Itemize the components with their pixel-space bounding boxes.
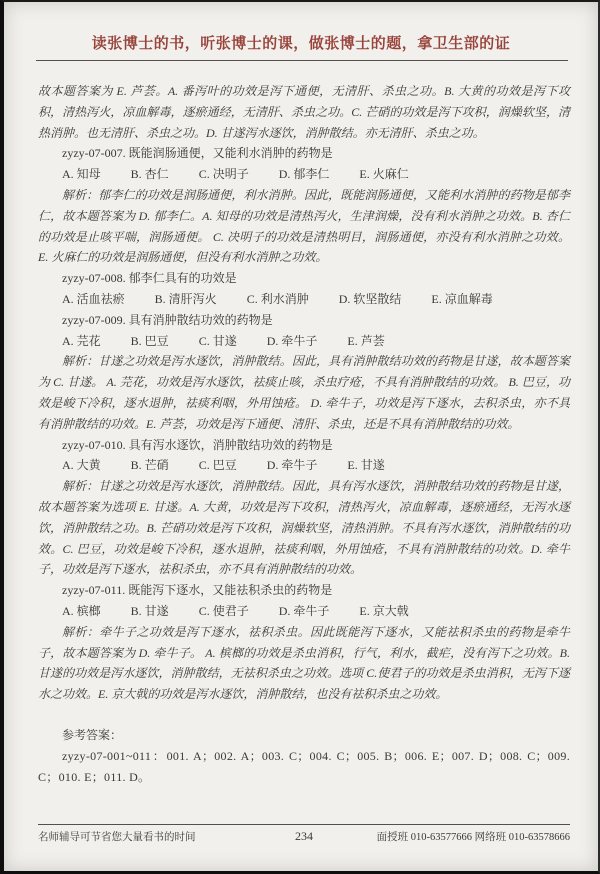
blank-space xyxy=(38,705,570,725)
answer-option: D. 牵牛子 xyxy=(267,331,318,352)
answer-option: C. 巴豆 xyxy=(199,455,237,476)
answer-option: A. 活血祛瘀 xyxy=(62,289,125,310)
answer-options-row: A. 知母B. 杏仁C. 决明子D. 郁李仁E. 火麻仁 xyxy=(38,164,570,185)
answer-option: A. 知母 xyxy=(62,164,101,185)
answer-options-row: A. 大黄B. 芒硝C. 巴豆D. 牵牛子E. 甘遂 xyxy=(38,455,570,476)
answer-option: B. 清肝泻火 xyxy=(155,289,217,310)
reference-answers-title: 参考答案： xyxy=(38,725,570,746)
answer-options-row: A. 芫花B. 巴豆C. 甘遂D. 牵牛子E. 芦荟 xyxy=(38,331,570,352)
page-footer: 名师辅导可节省您大量看书的时间 234 面授班 010-63577666 网络班… xyxy=(38,824,570,844)
answer-option: B. 甘遂 xyxy=(131,601,169,622)
answer-option: E. 火麻仁 xyxy=(359,164,408,185)
question-stem: zyzy-07-007. 既能润肠通便，又能利水消肿的药物是 xyxy=(38,143,570,164)
scanned-page: 读张博士的书，听张博士的课，做张博士的题，拿卫生部的证 故本题答案为 E. 芦荟… xyxy=(0,0,600,874)
answer-option: D. 郁李仁 xyxy=(279,164,330,185)
reference-answers-list: zyzy-07-001~011：001. A；002. A；003. C；004… xyxy=(38,746,570,788)
answer-option: A. 芫花 xyxy=(62,331,101,352)
answer-option: A. 槟榔 xyxy=(62,601,101,622)
question-stem: zyzy-07-008. 郁李仁具有的功效是 xyxy=(38,268,570,289)
page-header: 读张博士的书，听张博士的课，做张博士的题，拿卫生部的证 xyxy=(4,2,598,61)
answer-option: C. 利水消肿 xyxy=(247,289,309,310)
answer-option: E. 凉血解毒 xyxy=(431,289,492,310)
header-slogan: 读张博士的书，听张博士的课，做张博士的题，拿卫生部的证 xyxy=(4,32,598,53)
footer-row: 名师辅导可节省您大量看书的时间 234 面授班 010-63577666 网络班… xyxy=(38,825,570,844)
question-stem: zyzy-07-010. 具有泻水逐饮，消肿散结功效的药物是 xyxy=(38,435,570,456)
answer-option: C. 决明子 xyxy=(199,164,249,185)
footer-contact-phones: 面授班 010-63577666 网络班 010-63578666 xyxy=(321,829,570,844)
content-blocks: 故本题答案为 E. 芦荟。A. 番泻叶的功效是泻下通便，无清肝、杀虫之功。B. … xyxy=(38,81,570,787)
answer-option: D. 牵牛子 xyxy=(279,601,330,622)
analysis-paragraph: 解析：郁李仁的功效是润肠通便，利水消肿。因此，既能润肠通便，又能利水消肿的药物是… xyxy=(38,185,570,268)
answer-options-row: A. 活血祛瘀B. 清肝泻火C. 利水消肿D. 软坚散结E. 凉血解毒 xyxy=(38,289,570,310)
footer-slogan: 名师辅导可节省您大量看书的时间 xyxy=(38,829,287,844)
question-stem: zyzy-07-011. 既能泻下逐水，又能祛积杀虫的药物是 xyxy=(38,580,570,601)
analysis-paragraph: 解析：甘遂之功效是泻水逐饮，消肿散结。因此，具有泻水逐饮，消肿散结功效的药物是甘… xyxy=(38,476,570,580)
question-stem: zyzy-07-009. 具有消肿散结功效的药物是 xyxy=(38,310,570,331)
answer-option: E. 甘遂 xyxy=(347,455,384,476)
answer-option: C. 甘遂 xyxy=(199,331,237,352)
analysis-paragraph: 解析：甘遂之功效是泻水逐饮，消肿散结。因此，具有消肿散结功效的药物是甘遂，故本题… xyxy=(38,351,570,434)
answer-option: A. 大黄 xyxy=(62,455,101,476)
page-number: 234 xyxy=(287,829,321,844)
analysis-paragraph-continued: 故本题答案为 E. 芦荟。A. 番泻叶的功效是泻下通便，无清肝、杀虫之功。B. … xyxy=(38,81,570,143)
answer-options-row: A. 槟榔B. 甘遂C. 使君子D. 牵牛子E. 京大戟 xyxy=(38,601,570,622)
answer-option: E. 京大戟 xyxy=(359,601,408,622)
header-rule xyxy=(36,60,568,61)
answer-option: B. 巴豆 xyxy=(131,331,169,352)
answer-option: D. 牵牛子 xyxy=(267,455,318,476)
answer-option: C. 使君子 xyxy=(199,601,249,622)
answer-option: D. 软坚散结 xyxy=(339,289,402,310)
answer-option: B. 杏仁 xyxy=(131,164,169,185)
answer-option: B. 芒硝 xyxy=(131,455,169,476)
analysis-paragraph: 解析：牵牛子之功效是泻下逐水，祛积杀虫。因此既能泻下逐水，又能祛积杀虫的药物是牵… xyxy=(38,622,570,705)
answer-option: E. 芦荟 xyxy=(347,331,384,352)
